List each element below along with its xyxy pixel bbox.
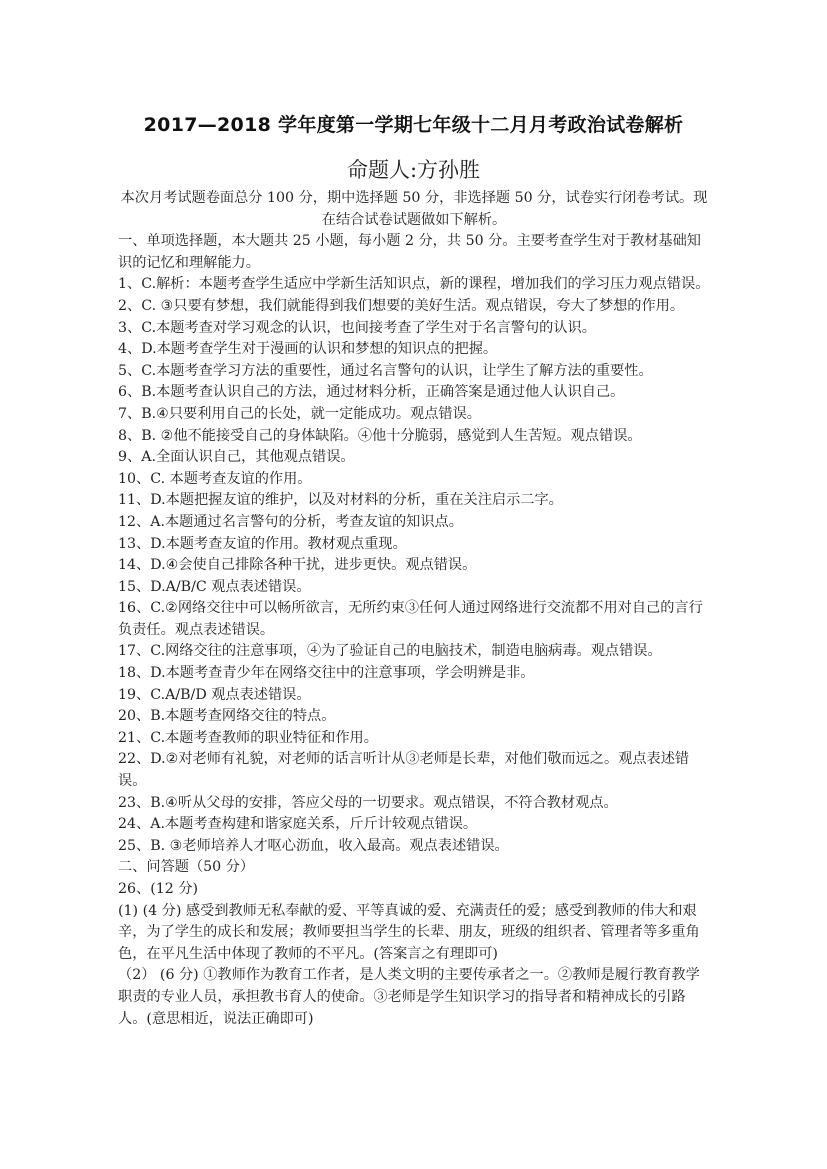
answer-item: 2、C. ③只要有梦想，我们就能得到我们想要的美好生活。观点错误，夸大了梦想的作… xyxy=(118,296,710,318)
answer-item: 21、C.本题考查教师的职业特征和作用。 xyxy=(118,728,710,750)
question-26-part-2: （2） (6 分) ①教师作为教育工作者，是人类文明的主要传承者之一。②教师是履… xyxy=(118,965,710,1030)
section-2-heading: 二、问答题（50 分） xyxy=(118,857,710,879)
answer-item: 6、B.本题考查认识自己的方法，通过材料分析，正确答案是通过他人认识自己。 xyxy=(118,382,710,404)
answer-item: 3、C.本题考查对学习观念的认识，也间接考查了学生对于名言警句的认识。 xyxy=(118,318,710,340)
answer-item: 15、D.A/B/C 观点表述错误。 xyxy=(118,577,710,599)
answer-list: 1、C.解析：本题考查学生适应中学新生活知识点，新的课程，增加我们的学习压力观点… xyxy=(118,274,710,857)
answer-item: 9、A.全面认识自己，其他观点错误。 xyxy=(118,447,710,469)
answer-item: 12、A.本题通过名言警句的分析，考查友谊的知识点。 xyxy=(118,512,710,534)
document-author: 命题人:方孙胜 xyxy=(0,154,827,184)
answer-item: 13、D.本题考查友谊的作用。教材观点重现。 xyxy=(118,534,710,556)
document-page: 2017—2018 学年度第一学期七年级十二月月考政治试卷解析 命题人:方孙胜 … xyxy=(0,0,827,1169)
answer-item: 11、D.本题把握友谊的维护，以及对材料的分析，重在关注启示二字。 xyxy=(118,490,710,512)
answer-item: 8、B. ②他不能接受自己的身体缺陷。④他十分脆弱，感觉到人生苦短。观点错误。 xyxy=(118,426,710,448)
answer-item: 16、C.②网络交往中可以畅所欲言，无所约束③任何人通过网络进行交流都不用对自己… xyxy=(118,598,710,641)
answer-item: 5、C.本题考查学习方法的重要性，通过名言警句的认识，让学生了解方法的重要性。 xyxy=(118,361,710,383)
intro-paragraph: 本次月考试题卷面总分 100 分，期中选择题 50 分，非选择题 50 分，试卷… xyxy=(118,188,710,231)
answer-item: 25、B. ③老师培养人才呕心沥血，收入最高。观点表述错误。 xyxy=(118,836,710,858)
answer-item: 1、C.解析：本题考查学生适应中学新生活知识点，新的课程，增加我们的学习压力观点… xyxy=(118,274,710,296)
document-body: 本次月考试题卷面总分 100 分，期中选择题 50 分，非选择题 50 分，试卷… xyxy=(118,188,710,1030)
answer-item: 4、D.本题考查学生对于漫画的认识和梦想的知识点的把握。 xyxy=(118,339,710,361)
question-26-part-1: (1) (4 分) 感受到教师无私奉献的爱、平等真诚的爱、充满责任的爱；感受到教… xyxy=(118,901,710,966)
answer-item: 20、B.本题考查网络交往的特点。 xyxy=(118,706,710,728)
answer-item: 14、D.④会使自己排除各种干扰，进步更快。观点错误。 xyxy=(118,555,710,577)
answer-item: 17、C.网络交往的注意事项，④为了验证自己的电脑技术，制造电脑病毒。观点错误。 xyxy=(118,641,710,663)
answer-item: 10、C. 本题考查友谊的作用。 xyxy=(118,469,710,491)
answer-item: 7、B.④只要利用自己的长处，就一定能成功。观点错误。 xyxy=(118,404,710,426)
answer-item: 23、B.④听从父母的安排，答应父母的一切要求。观点错误，不符合教材观点。 xyxy=(118,793,710,815)
question-26-label: 26、(12 分) xyxy=(118,879,710,901)
document-title: 2017—2018 学年度第一学期七年级十二月月考政治试卷解析 xyxy=(0,110,827,137)
answer-item: 24、A.本题考查构建和谐家庭关系，斤斤计较观点错误。 xyxy=(118,814,710,836)
section-1-heading: 一、单项选择题，本大题共 25 小题，每小题 2 分，共 50 分。主要考查学生… xyxy=(118,231,710,274)
answer-item: 22、D.②对老师有礼貌，对老师的话言听计从③老师是长辈，对他们敬而远之。观点表… xyxy=(118,749,710,792)
answer-item: 18、D.本题考查青少年在网络交往中的注意事项，学会明辨是非。 xyxy=(118,663,710,685)
answer-item: 19、C.A/B/D 观点表述错误。 xyxy=(118,685,710,707)
